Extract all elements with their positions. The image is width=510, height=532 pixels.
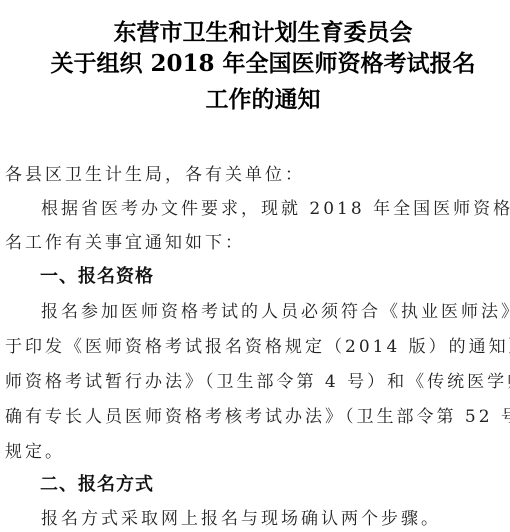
section-1-line-1: 报名参加医师资格考试的人员必须符合《执业医师法》、《关 [41, 301, 507, 323]
section-heading-1: 一、报名资格 [40, 266, 154, 288]
section-2-line-1: 报名方式采取网上报名与现场确认两个步骤。 [41, 508, 507, 530]
intro-line-1: 根据省医考办文件要求，现就 2018 年全国医师资格考试报 [41, 198, 507, 220]
section-1-line-4: 确有专长人员医师资格考核考试办法》（卫生部令第 52 号）有关 [5, 406, 507, 428]
salutation: 各县区卫生计生局，各有关单位： [5, 164, 507, 186]
title-line-1: 东营市卫生和计划生育委员会 [8, 20, 510, 46]
section-heading-2: 二、报名方式 [40, 474, 154, 496]
title-line-3: 工作的通知 [8, 87, 510, 113]
section-1-line-5: 规定。 [5, 441, 507, 463]
title-line-2: 关于组织 2018 年全国医师资格考试报名 [8, 51, 510, 77]
section-1-line-2: 于印发《医师资格考试报名资格规定（2014 版）的通知》》、《医 [5, 336, 507, 358]
intro-line-2: 名工作有关事宜通知如下： [5, 232, 507, 254]
section-1-line-3: 师资格考试暂行办法》（卫生部令第 4 号）和《传统医学师承和 [5, 371, 507, 393]
